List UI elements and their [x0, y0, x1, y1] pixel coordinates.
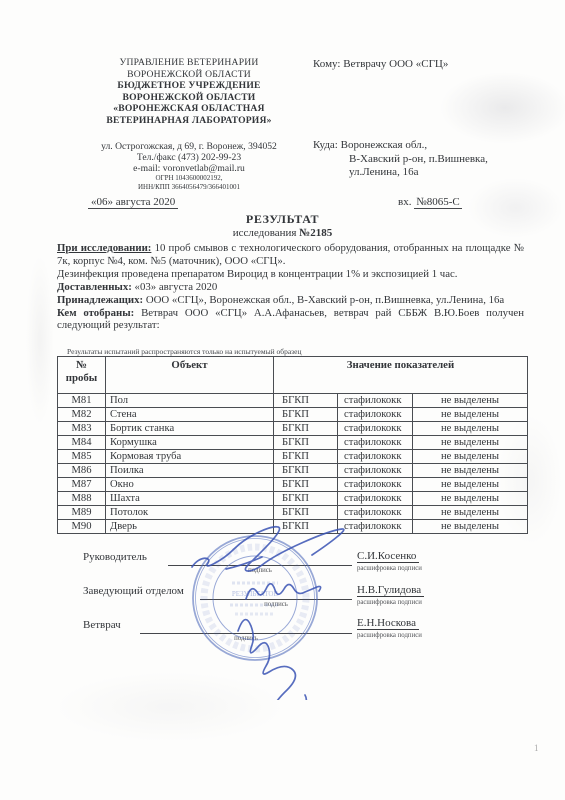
table-row: М82СтенаБГКПстафилококкне выделены — [58, 408, 528, 422]
sample-object: Шахта — [106, 492, 274, 506]
paragraph-label: Доставленных: — [57, 281, 132, 293]
indicator-2: стафилококк — [338, 436, 413, 450]
indicator-1: БГКП — [274, 436, 338, 450]
sample-object: Кормовая труба — [106, 450, 274, 464]
signature-ink-2 — [246, 584, 321, 599]
indicator-1: БГКП — [274, 464, 338, 478]
recipient-address-line: Куда: Воронежская обл., — [349, 139, 565, 153]
paragraph-research: При исследовании: 10 проб смывов с техно… — [57, 242, 524, 268]
sample-object: Поилка — [106, 464, 274, 478]
org-name-line: «ВОРОНЕЖСКАЯ ОБЛАСТНАЯ — [58, 103, 320, 115]
result-value: не выделены — [413, 408, 528, 422]
indicator-1: БГКП — [274, 478, 338, 492]
indicator-2: стафилококк — [338, 492, 413, 506]
result-value: не выделены — [413, 436, 528, 450]
paragraph-label: Принадлежащих: — [57, 294, 143, 306]
sample-object: Кормушка — [106, 436, 274, 450]
paragraph-text: ООО «СГЦ», Воронежская обл., В-Хавский р… — [143, 294, 504, 306]
document-body: При исследовании: 10 проб смывов с техно… — [57, 242, 524, 332]
indicator-1: БГКП — [274, 394, 338, 408]
disclaimer-note: Результаты испытаний распространяются то… — [67, 347, 301, 356]
sample-no: М83 — [58, 422, 106, 436]
recipient-address-line: В-Хавский р-он, п.Вишневка, — [349, 153, 565, 167]
sample-object: Пол — [106, 394, 274, 408]
result-value: не выделены — [413, 422, 528, 436]
org-contacts: ул. Острогожская, д 69, г. Воронеж, 3940… — [58, 141, 320, 191]
table-row: М86ПоилкаБГКПстафилококкне выделены — [58, 464, 528, 478]
incoming-number-value: №8065-С — [414, 196, 462, 209]
org-name-line: ВЕТЕРИНАРНАЯ ЛАБОРАТОРИЯ» — [58, 115, 320, 127]
paragraph-label: При исследовании: — [57, 242, 151, 254]
sample-no: М85 — [58, 450, 106, 464]
indicator-2: стафилококк — [338, 394, 413, 408]
results-table: № пробы Объект Значение показателей М81П… — [57, 356, 528, 534]
sample-no: М88 — [58, 492, 106, 506]
sample-no: М90 — [58, 520, 106, 534]
org-phone: Тел./факс (473) 202-99-23 — [58, 152, 320, 163]
sample-no: М82 — [58, 408, 106, 422]
org-ogrn: ОГРН 1043600002192, — [58, 174, 320, 183]
result-value: не выделены — [413, 464, 528, 478]
paragraph-disinfection: Дезинфекция проведена препаратом Вироцид… — [57, 268, 524, 281]
org-name-line: УПРАВЛЕНИЕ ВЕТЕРИНАРИИ — [58, 57, 320, 69]
sample-no: М81 — [58, 394, 106, 408]
signature-role: Ветврач — [83, 619, 121, 631]
org-name-line: ВОРОНЕЖСКОЙ ОБЛАСТИ — [58, 92, 320, 104]
col-header-sample-no: № пробы — [58, 357, 106, 394]
subtitle-text: исследования — [233, 227, 300, 239]
org-email: e-mail: voronvetlab@mail.ru — [58, 163, 320, 174]
recipient-address-line: ул.Ленина, 16а — [349, 166, 565, 180]
sample-no: М87 — [58, 478, 106, 492]
document-subtitle: исследования №2185 — [0, 227, 565, 239]
handwritten-signatures — [130, 515, 410, 700]
table-row: М81ПолБГКПстафилококкне выделены — [58, 394, 528, 408]
org-name-line: ВОРОНЕЖСКОЙ ОБЛАСТИ — [58, 69, 320, 81]
sample-object: Бортик станка — [106, 422, 274, 436]
sample-no: М86 — [58, 464, 106, 478]
table-header-row: № пробы Объект Значение показателей — [58, 357, 528, 394]
org-inn: ИНН/КПП 3664056479/366401001 — [58, 183, 320, 192]
col-header-values: Значение показателей — [274, 357, 528, 394]
signature-ink-3 — [238, 620, 306, 700]
indicator-2: стафилококк — [338, 450, 413, 464]
signature-ink-1 — [192, 527, 344, 571]
document-date: «06» августа 2020 — [88, 196, 178, 209]
result-value: не выделены — [413, 520, 528, 534]
table-row: М88ШахтаБГКПстафилококкне выделены — [58, 492, 528, 506]
incoming-number: вх. №8065-С — [398, 196, 462, 208]
result-value: не выделены — [413, 450, 528, 464]
table-row: М83Бортик станкаБГКПстафилококкне выделе… — [58, 422, 528, 436]
indicator-2: стафилококк — [338, 478, 413, 492]
recipient-to: Кому: Ветврачу ООО «СГЦ» — [313, 58, 448, 70]
indicator-2: стафилококк — [338, 408, 413, 422]
table-row: М84КормушкаБГКПстафилококкне выделены — [58, 436, 528, 450]
paragraph-label: Кем отобраны: — [57, 307, 134, 319]
result-value: не выделены — [413, 394, 528, 408]
indicator-1: БГКП — [274, 408, 338, 422]
org-address: ул. Острогожская, д 69, г. Воронеж, 3940… — [58, 141, 320, 152]
col-header-object: Объект — [106, 357, 274, 394]
indicator-1: БГКП — [274, 422, 338, 436]
indicator-1: БГКП — [274, 492, 338, 506]
signature-ink-1b — [226, 557, 262, 569]
org-name-line: БЮДЖЕТНОЕ УЧРЕЖДЕНИЕ — [58, 80, 320, 92]
paragraph-sampled-by: Кем отобраны: Ветврач ООО «СГЦ» А.А.Афан… — [57, 307, 524, 333]
result-value: не выделены — [413, 492, 528, 506]
paragraph-owner: Принадлежащих: ООО «СГЦ», Воронежская об… — [57, 294, 524, 307]
table-row: М85Кормовая трубаБГКПстафилококкне выдел… — [58, 450, 528, 464]
paragraph-delivered: Доставленных: «03» августа 2020 — [57, 281, 524, 294]
result-value: не выделены — [413, 478, 528, 492]
table-row: М87ОкноБГКПстафилококкне выделены — [58, 478, 528, 492]
org-letterhead: УПРАВЛЕНИЕ ВЕТЕРИНАРИИ ВОРОНЕЖСКОЙ ОБЛАС… — [58, 57, 320, 127]
research-number: №2185 — [299, 227, 332, 239]
indicator-2: стафилококк — [338, 464, 413, 478]
scan-smudge — [440, 72, 565, 144]
result-value: не выделены — [413, 506, 528, 520]
indicator-1: БГКП — [274, 450, 338, 464]
recipient-address: Куда: Воронежская обл., В-Хавский р-он, … — [313, 139, 565, 180]
sample-no: М89 — [58, 506, 106, 520]
incoming-prefix: вх. — [398, 196, 414, 208]
document-title: РЕЗУЛЬТАТ — [0, 212, 565, 227]
document-scan: УПРАВЛЕНИЕ ВЕТЕРИНАРИИ ВОРОНЕЖСКОЙ ОБЛАС… — [0, 0, 565, 800]
scan-smudge — [26, 255, 54, 425]
sample-object: Стена — [106, 408, 274, 422]
sample-no: М84 — [58, 436, 106, 450]
page-number: 1 — [534, 743, 539, 753]
sample-object: Окно — [106, 478, 274, 492]
paragraph-text: «03» августа 2020 — [132, 281, 217, 293]
indicator-2: стафилококк — [338, 422, 413, 436]
